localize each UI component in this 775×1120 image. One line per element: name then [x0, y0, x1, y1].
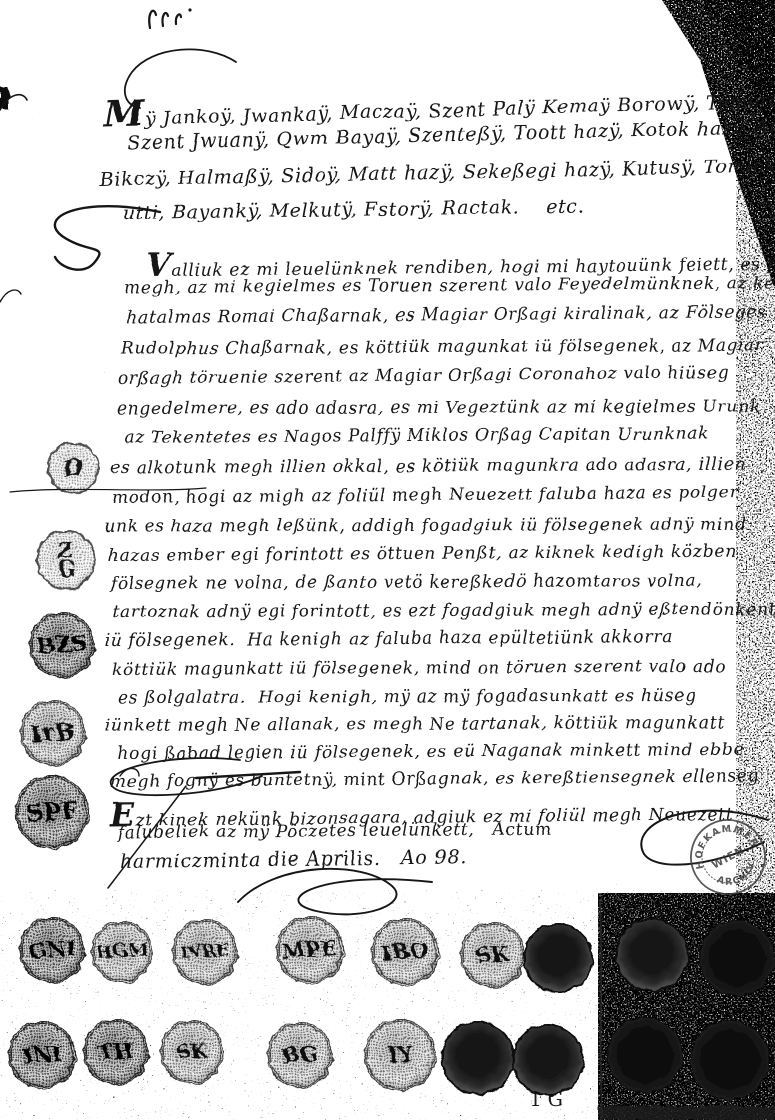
ink-blob-left-edge	[0, 86, 9, 108]
oval-loop-strike	[111, 758, 262, 795]
handwriting-line: Szent Jwuanÿ, Qwm Bayaÿ, Szenteßÿ, Toott…	[127, 115, 775, 154]
handwriting-line: Valliuk ez mi leuelünknek rendiben, hogi…	[146, 239, 775, 284]
seal-letters: TH	[98, 1042, 135, 1062]
strikethrough	[196, 772, 300, 778]
seal-letters: HGM	[95, 943, 148, 962]
wax-seal-icon: D	[47, 442, 99, 494]
wax-seal-icon: GNI	[19, 917, 85, 983]
wax-seal-icon: HGM	[91, 921, 153, 983]
handwriting-line: modon, hogi az migh az foliül megh Neuez…	[112, 483, 739, 508]
wax-seal-icon	[690, 1020, 770, 1100]
handwriting-line: hazas ember egi forintott es öttuen Penß…	[108, 542, 737, 566]
seal-letters: IVRE	[180, 943, 229, 961]
handwriting-line: megh, az mi kegielmes es Toruen szerent …	[124, 273, 775, 298]
handwriting-line: utti, Bayankÿ, Melkutÿ, Fstorÿ, Ractak. …	[122, 196, 585, 224]
seal-letters: BG	[281, 1045, 318, 1065]
seal-letters: IY	[387, 1045, 413, 1065]
wax-seal-icon: INI	[8, 1021, 76, 1089]
seal-letters: Z G	[56, 542, 76, 579]
handwriting-line: orßagh töruenie szerent az Magiar Orßagi…	[118, 363, 729, 389]
bottom-number: 1 G	[530, 1088, 563, 1110]
seal-layer: D Z G BZS IrB SPF GNI HGM IVRE MPE IBO	[0, 0, 775, 1120]
wax-seal-icon: IY	[364, 1019, 436, 1091]
handwriting-line: engedelmere, es ado adasra, es mi Vegezt…	[117, 397, 761, 419]
handwriting-line: köttiük magunkatt iü fölsegenek, mind on…	[112, 657, 726, 680]
wax-seal-icon: IrB	[20, 700, 86, 766]
left-edge-arc-1	[0, 95, 27, 110]
noise-page	[0, 0, 775, 1120]
wax-seal-icon: SK	[160, 1020, 224, 1084]
handwriting-line: Mÿ Jankoÿ, Jwankaÿ, Maczaÿ, Szent Palÿ K…	[103, 71, 775, 135]
handwriting-line: hatalmas Romai Chaßarnak, es Magiar Orßa…	[127, 302, 766, 328]
left-edge-arc-2	[0, 290, 21, 302]
topleft-dot	[188, 8, 191, 11]
handwriting-line: az Tekentetes es Nagos Palffÿ Miklos Orß…	[124, 424, 709, 448]
noise-bottom	[0, 890, 775, 1120]
noise-corner-topright	[662, 0, 775, 290]
seal-letters: GNI	[28, 939, 76, 960]
seal-letters: MPE	[282, 939, 338, 961]
stamp-text-middle: WIEN	[710, 844, 747, 871]
handwriting-line: megh fognÿ es büntetnÿ, mint Orßagnak, e…	[110, 766, 760, 792]
wax-seal-icon	[699, 920, 775, 996]
seal-letters: SK	[176, 1043, 207, 1061]
initial-flourish-p1	[125, 49, 236, 108]
wax-seal-icon: MPE	[276, 916, 344, 984]
wax-seal-icon	[523, 923, 593, 993]
wax-seal-icon: SPF	[15, 775, 89, 849]
handwriting-line: Bikczÿ, Halmaßÿ, Sidoÿ, Matt hazÿ, Sekeß…	[100, 155, 775, 191]
manuscript-page: Mÿ Jankoÿ, Jwankaÿ, Maczaÿ, Szent Palÿ K…	[0, 0, 775, 1120]
wax-seal-icon: SK	[460, 922, 526, 988]
seal-letters: INI	[22, 1045, 62, 1066]
pen-line-through-seal	[10, 488, 206, 492]
infinity-loop-flourish	[238, 869, 432, 915]
handwriting-line: unk es haza megh leßünk, addigh fogadgiu…	[104, 515, 747, 537]
wax-seal-icon: IVRE	[172, 919, 238, 985]
handwriting-line: tartoznak adnÿ egi forintott, es ezt fog…	[112, 600, 775, 622]
wax-seal-icon: TH	[83, 1019, 149, 1085]
manuscript-scan: { "document": { "language_hint": "old Hu…	[0, 0, 775, 1120]
handwriting-line: iünkett megh Ne allanak, es megh Ne tart…	[105, 713, 725, 736]
scan-noise-layer	[0, 0, 775, 1120]
handwriting-line: es alkotunk megh illien okkal, es kötiük…	[110, 455, 746, 478]
wax-seal-icon: Z G	[36, 530, 96, 590]
seal-letters: BZS	[36, 634, 88, 656]
handwriting-line: falubeliek az mÿ Pöczetes leuelünkett, A…	[118, 819, 552, 843]
fold-line	[600, 902, 602, 1118]
dark-band-bottomright	[598, 1106, 775, 1120]
diagonal-slash	[108, 786, 186, 888]
seal-letters: D	[62, 457, 84, 479]
seal-letters: IBO	[381, 941, 428, 962]
handwriting-line: Rudolphus Chaßarnak, es köttiük magunkat…	[121, 336, 764, 359]
seal-letters: SK	[476, 945, 511, 965]
wax-seal-icon	[441, 1021, 515, 1095]
wax-seal-icon	[615, 918, 689, 992]
topleft-scribble	[149, 11, 181, 28]
handwriting-line: fölsegnek ne volna, de ßanto vetö kereßk…	[110, 571, 703, 594]
wax-seal-icon: BZS	[29, 612, 95, 678]
flourish-layer	[0, 0, 775, 1120]
wax-seal-icon: IBO	[371, 918, 439, 986]
wax-seal-icon	[607, 1017, 683, 1093]
noise-bottomright	[598, 893, 775, 1120]
archive-stamp-icon: HOFKAMMER WIEN ARCHIV	[668, 797, 775, 917]
wax-seal-icon: BG	[267, 1022, 333, 1088]
small-curl	[120, 768, 139, 776]
handwriting-line: hogi ßabad legien iü fölsegenek, es eü N…	[118, 740, 744, 764]
seal-letters: SPF	[25, 800, 79, 824]
noise-bottomright-gray	[598, 893, 775, 1120]
noise-corner-topright2	[700, 0, 775, 140]
wax-seal-icon	[512, 1024, 584, 1096]
seal-letters: IrB	[30, 721, 75, 744]
handwriting-layer: Mÿ Jankoÿ, Jwankaÿ, Maczaÿ, Szent Palÿ K…	[0, 0, 775, 1120]
handwriting-line: harmiczminta die Aprilis. Ao 98.	[120, 846, 467, 873]
handwriting-line: Ezt kinek nekünk bizonsagara, adgiuk ez …	[110, 789, 734, 834]
handwriting-line: es ßolgalatra. Hogi kenigh, mÿ az mÿ fog…	[118, 686, 697, 708]
noise-band-right	[736, 0, 775, 1120]
handwriting-line: iü fölsegenek. Ha kenigh az faluba haza …	[105, 627, 673, 651]
margin-swash	[55, 206, 160, 270]
